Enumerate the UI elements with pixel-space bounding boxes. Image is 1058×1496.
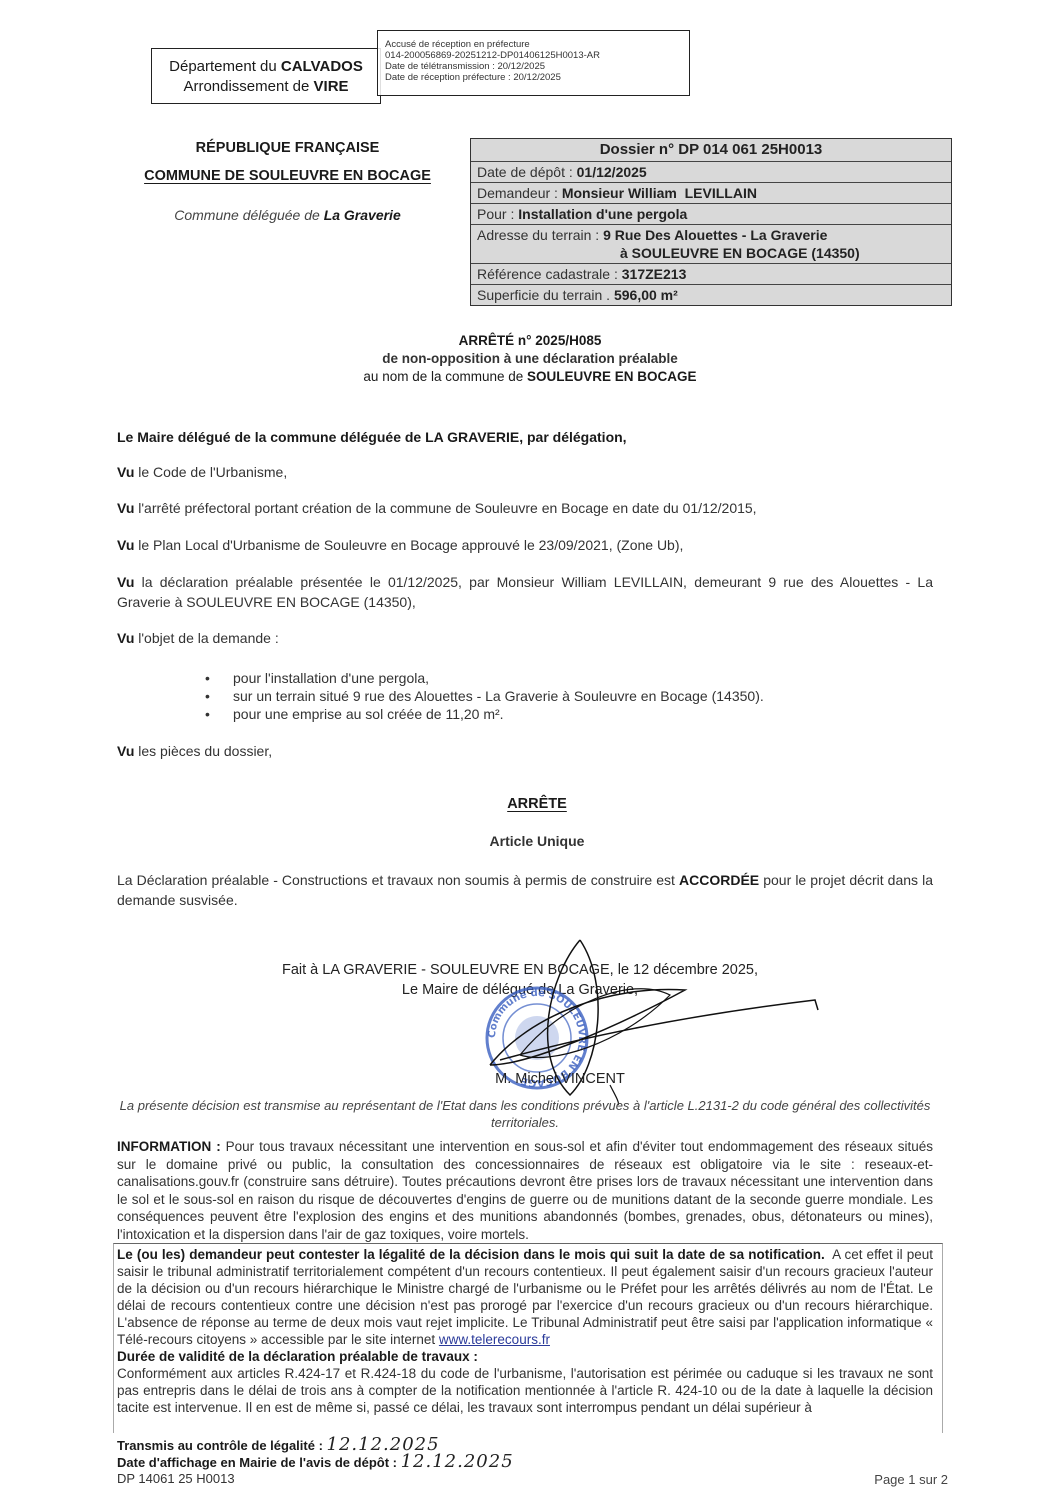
signatory-name: M. Michel VINCENT	[300, 1071, 820, 1087]
address-line1: 9 Rue Des Alouettes - La Graverie	[603, 227, 827, 243]
decision-text: La Déclaration préalable - Constructions…	[117, 870, 933, 910]
validity-heading: Durée de validité de la déclaration préa…	[117, 1349, 478, 1364]
decision-status: ACCORDÉE	[679, 872, 759, 888]
purpose-value: Installation d'une pergola	[518, 206, 687, 222]
vu-label: Vu	[117, 537, 134, 553]
vu-label: Vu	[117, 464, 134, 480]
department-box: Département du CALVADOS Arrondissement d…	[151, 48, 381, 104]
vu-objet: Vu l'objet de la demande :	[117, 628, 933, 648]
telerecours-link[interactable]: www.telerecours.fr	[439, 1332, 550, 1347]
request-objects-list: pour l'installation d'une pergola, sur u…	[233, 669, 933, 723]
receipt-title: Accusé de réception en préfecture	[385, 39, 689, 50]
page-footer: Transmis au contrôle de légalité : 12.12…	[117, 1437, 947, 1487]
applicant-value: Monsieur William LEVILLAIN	[562, 185, 757, 201]
decree-commune-prefix: au nom de la commune de	[363, 369, 527, 384]
reception-date: Date de réception préfecture : 20/12/202…	[385, 72, 689, 83]
receipt-id: 014-200056869-20251212-DP01406125H0013-A…	[385, 50, 689, 61]
vu-plu: Vu le Plan Local d'Urbanisme de Souleuvr…	[117, 535, 933, 555]
arrondissement-name: VIRE	[314, 78, 349, 95]
mayor-statement: Le Maire délégué de la commune déléguée …	[117, 427, 933, 447]
cadastral-value: 317ZE213	[622, 266, 687, 282]
deposit-date-value: 01/12/2025	[577, 164, 647, 180]
page-number: Page 1 sur 2	[874, 1472, 948, 1487]
mayor-statement-text: Le Maire délégué de la commune déléguée …	[117, 429, 627, 445]
teletransmission-date: Date de télétransmission : 20/12/2025	[385, 61, 689, 72]
vu-text: la déclaration préalable présentée le 01…	[117, 574, 933, 610]
appeal-intro: Le (ou les) demandeur peut contester la …	[117, 1247, 825, 1262]
vu-label: Vu	[117, 743, 134, 759]
area-label: Superficie du terrain .	[477, 287, 614, 303]
dossier-info-table: Dossier n° DP 014 061 25H0013 Date de dé…	[470, 138, 952, 306]
cadastral-label: Référence cadastrale :	[477, 266, 622, 282]
deposit-date-label: Date de dépôt :	[477, 164, 577, 180]
decision-text-part: La Déclaration préalable - Constructions…	[117, 872, 679, 888]
information-notice: INFORMATION : Pour tous travaux nécessit…	[117, 1138, 933, 1243]
vu-code-urbanisme: Vu le Code de l'Urbanisme,	[117, 462, 933, 482]
purpose-label: Pour :	[477, 206, 518, 222]
delegated-commune-name: La Graverie	[324, 207, 401, 223]
delegated-commune: Commune déléguée de La Graverie	[110, 207, 465, 223]
transmission-notice: La présente décision est transmise au re…	[117, 1097, 933, 1131]
decree-subtitle: de non-opposition à une déclaration préa…	[280, 350, 780, 368]
vu-label: Vu	[117, 574, 134, 590]
area-row: Superficie du terrain . 596,00 m²	[471, 284, 951, 305]
vu-arrete-prefectoral: Vu l'arrêté préfectoral portant création…	[117, 498, 933, 518]
list-item: pour l'installation d'une pergola,	[233, 669, 933, 687]
purpose-row: Pour : Installation d'une pergola	[471, 203, 951, 224]
department-label: Département du	[169, 58, 281, 75]
validity-text: Conformément aux articles R.424-17 et R.…	[117, 1365, 933, 1416]
vu-text: le Code de l'Urbanisme,	[134, 464, 287, 480]
vu-pieces: Vu les pièces du dossier,	[117, 741, 933, 761]
decree-number: ARRÊTÉ n° 2025/H085	[280, 332, 780, 350]
area-value: 596,00 m²	[614, 287, 678, 303]
applicant-label: Demandeur :	[477, 185, 562, 201]
vu-text: le Plan Local d'Urbanisme de Souleuvre e…	[134, 537, 683, 553]
decision-heading: ARRÊTE	[117, 796, 957, 812]
decree-commune-line: au nom de la commune de SOULEUVRE EN BOC…	[280, 368, 780, 386]
information-label: INFORMATION :	[117, 1139, 221, 1154]
posting-date-value: 12.12.2025	[401, 1451, 514, 1472]
commune-name: COMMUNE DE SOULEUVRE EN BOCAGE	[144, 168, 431, 184]
posting-date-label: Date d'affichage en Mairie de l'avis de …	[117, 1455, 401, 1470]
cadastral-row: Référence cadastrale : 317ZE213	[471, 263, 951, 284]
decree-commune-name: SOULEUVRE EN BOCAGE	[527, 369, 697, 384]
dossier-number: Dossier n° DP 014 061 25H0013	[471, 139, 951, 161]
address-row: Adresse du terrain : 9 Rue Des Alouettes…	[471, 224, 951, 263]
delegated-commune-label: Commune déléguée de	[174, 207, 323, 223]
deposit-date-row: Date de dépôt : 01/12/2025	[471, 161, 951, 182]
vu-label: Vu	[117, 500, 134, 516]
vu-text: l'objet de la demande :	[134, 630, 278, 646]
legality-control-label: Transmis au contrôle de légalité :	[117, 1438, 327, 1453]
list-item: pour une emprise au sol créée de 11,20 m…	[233, 705, 933, 723]
address-line2: à SOULEUVRE EN BOCAGE (14350)	[477, 244, 945, 262]
vu-declaration: Vu la déclaration préalable présentée le…	[117, 572, 933, 612]
prefecture-receipt-box: Accusé de réception en préfecture 014-20…	[377, 30, 690, 96]
dossier-reference: DP 14061 25 H0013	[117, 1471, 947, 1487]
article-heading: Article Unique	[117, 833, 957, 849]
department-name: CALVADOS	[281, 58, 363, 75]
commune-heading: COMMUNE DE SOULEUVRE EN BOCAGE	[110, 168, 465, 184]
decree-title-block: ARRÊTÉ n° 2025/H085 de non-opposition à …	[280, 332, 780, 386]
republic-heading: RÉPUBLIQUE FRANÇAISE	[110, 140, 465, 156]
list-item: sur un terrain situé 9 rue des Alouettes…	[233, 687, 933, 705]
address-label: Adresse du terrain :	[477, 227, 603, 243]
vu-text: les pièces du dossier,	[134, 743, 272, 759]
arrondissement-label: Arrondissement de	[183, 78, 313, 95]
applicant-row: Demandeur : Monsieur William LEVILLAIN	[471, 182, 951, 203]
vu-label: Vu	[117, 630, 134, 646]
information-text: Pour tous travaux nécessitant une interv…	[117, 1139, 933, 1242]
vu-text: l'arrêté préfectoral portant création de…	[134, 500, 756, 516]
appeal-notice: Le (ou les) demandeur peut contester la …	[117, 1246, 933, 1416]
